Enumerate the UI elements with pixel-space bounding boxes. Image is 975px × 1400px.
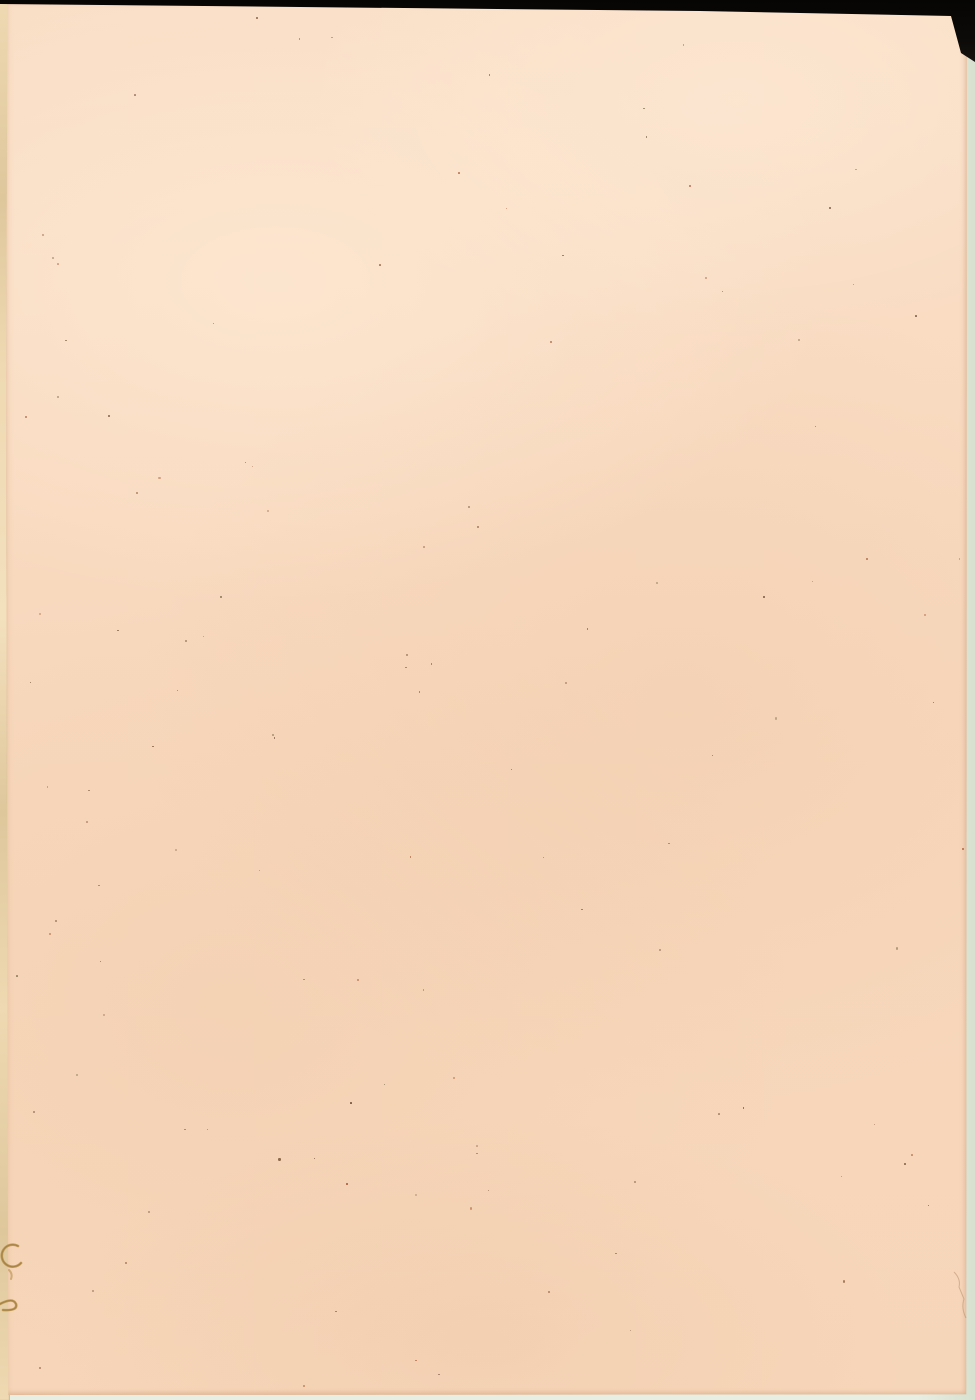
- binding-wire-icon: [0, 1238, 24, 1330]
- blank-paper-sheet: [6, 3, 967, 1395]
- scanned-page: [0, 0, 975, 1400]
- paper-crack-icon: [948, 1268, 974, 1322]
